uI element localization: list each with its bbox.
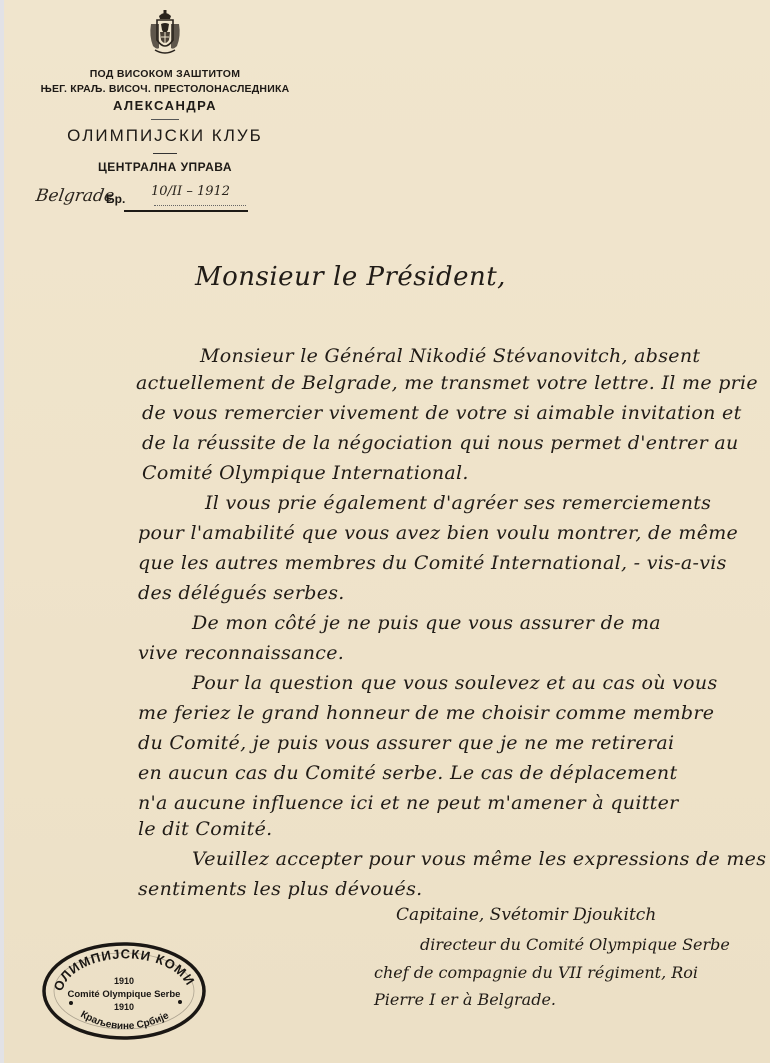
- patron-name: АЛЕКСАНДРА: [30, 98, 300, 113]
- number-label: Бр.: [106, 192, 125, 206]
- letter-line: en aucun cas du Comité serbe. Le cas de …: [138, 762, 677, 784]
- coat-of-arms-icon: [145, 10, 185, 58]
- patronage-line-1: ПОД ВИСОКОМ ЗАШТИТОМ: [30, 68, 300, 80]
- letter-line: pour l'amabilité que vous avez bien voul…: [138, 522, 738, 544]
- organization-name: ОЛИМПИЈСКИ КЛУБ: [30, 126, 300, 146]
- letter-line: Il vous prie également d'agréer ses reme…: [205, 492, 711, 514]
- letter-line: Monsieur le Général Nikodié Stévanovitch…: [200, 345, 700, 367]
- salutation: Monsieur le Président,: [195, 262, 506, 292]
- divider: [153, 153, 177, 154]
- signature-name: Capitaine, Svétomir Djoukitch: [396, 905, 656, 925]
- letter-line: que les autres membres du Comité Interna…: [138, 552, 727, 574]
- letter-page: ПОД ВИСОКОМ ЗАШТИТОМ ЊЕГ. КРАЉ. ВИСОЧ. П…: [0, 0, 770, 1063]
- divider: [151, 119, 179, 120]
- underline: [124, 210, 248, 212]
- letter-line: me feriez le grand honneur de me choisir…: [138, 702, 714, 724]
- patronage-line-2: ЊЕГ. КРАЉ. ВИСОЧ. ПРЕСТОЛОНАСЛЕДНИКА: [30, 83, 300, 95]
- letter-line: de la réussite de la négociation qui nou…: [142, 432, 739, 454]
- letter-line: le dit Comité.: [138, 818, 272, 840]
- stamp-dot-right: [178, 1000, 182, 1004]
- letter-line: Comité Olympique International.: [142, 462, 469, 484]
- letter-line: de vous remercier vivement de votre si a…: [142, 402, 742, 424]
- reference-date: 10/II – 1912: [151, 184, 230, 199]
- olympic-committee-stamp: ОЛИМПИЈСКИ КОМИТЕТ 1910 Comité Olympique…: [40, 940, 208, 1042]
- stamp-year-bottom: 1910: [114, 1002, 134, 1012]
- letter-line: actuellement de Belgrade, me transmet vo…: [136, 372, 758, 394]
- letter-line: n'a aucune influence ici et ne peut m'am…: [138, 792, 679, 814]
- reference-line: Belgrade Бр. 10/II – 1912: [36, 186, 236, 214]
- letter-line: des délégués serbes.: [138, 582, 345, 604]
- stamp-year-top: 1910: [114, 976, 134, 986]
- stamp-arc-bottom: Краљевине Србије: [79, 1009, 172, 1032]
- svg-text:Краљевине Србије: Краљевине Србије: [79, 1009, 172, 1032]
- letter-line: du Comité, je puis vous assurer que je n…: [138, 732, 674, 754]
- stamp-dot-left: [69, 1001, 73, 1005]
- letterhead: ПОД ВИСОКОМ ЗАШТИТОМ ЊЕГ. КРАЉ. ВИСОЧ. П…: [30, 10, 300, 174]
- letter-line: Veuillez accepter pour vous même les exp…: [192, 848, 766, 870]
- letter-line: sentiments les plus dévoués.: [138, 878, 423, 900]
- place-of-writing: Belgrade: [35, 186, 116, 206]
- letter-line: Pour la question que vous soulevez et au…: [192, 672, 718, 694]
- letter-line: vive reconnaissance.: [138, 642, 344, 664]
- signature-rank: chef de compagnie du VII régiment, Roi: [374, 963, 698, 982]
- stamp-center-text: Comité Olympique Serbe: [68, 989, 181, 1000]
- signature-location: Pierre I er à Belgrade.: [374, 990, 556, 1009]
- signature-title: directeur du Comité Olympique Serbe: [420, 935, 730, 954]
- department-name: ЦЕНТРАЛНА УПРАВА: [30, 160, 300, 174]
- letter-line: De mon côté je ne puis que vous assurer …: [192, 612, 661, 634]
- dotted-fill-line: [154, 205, 246, 206]
